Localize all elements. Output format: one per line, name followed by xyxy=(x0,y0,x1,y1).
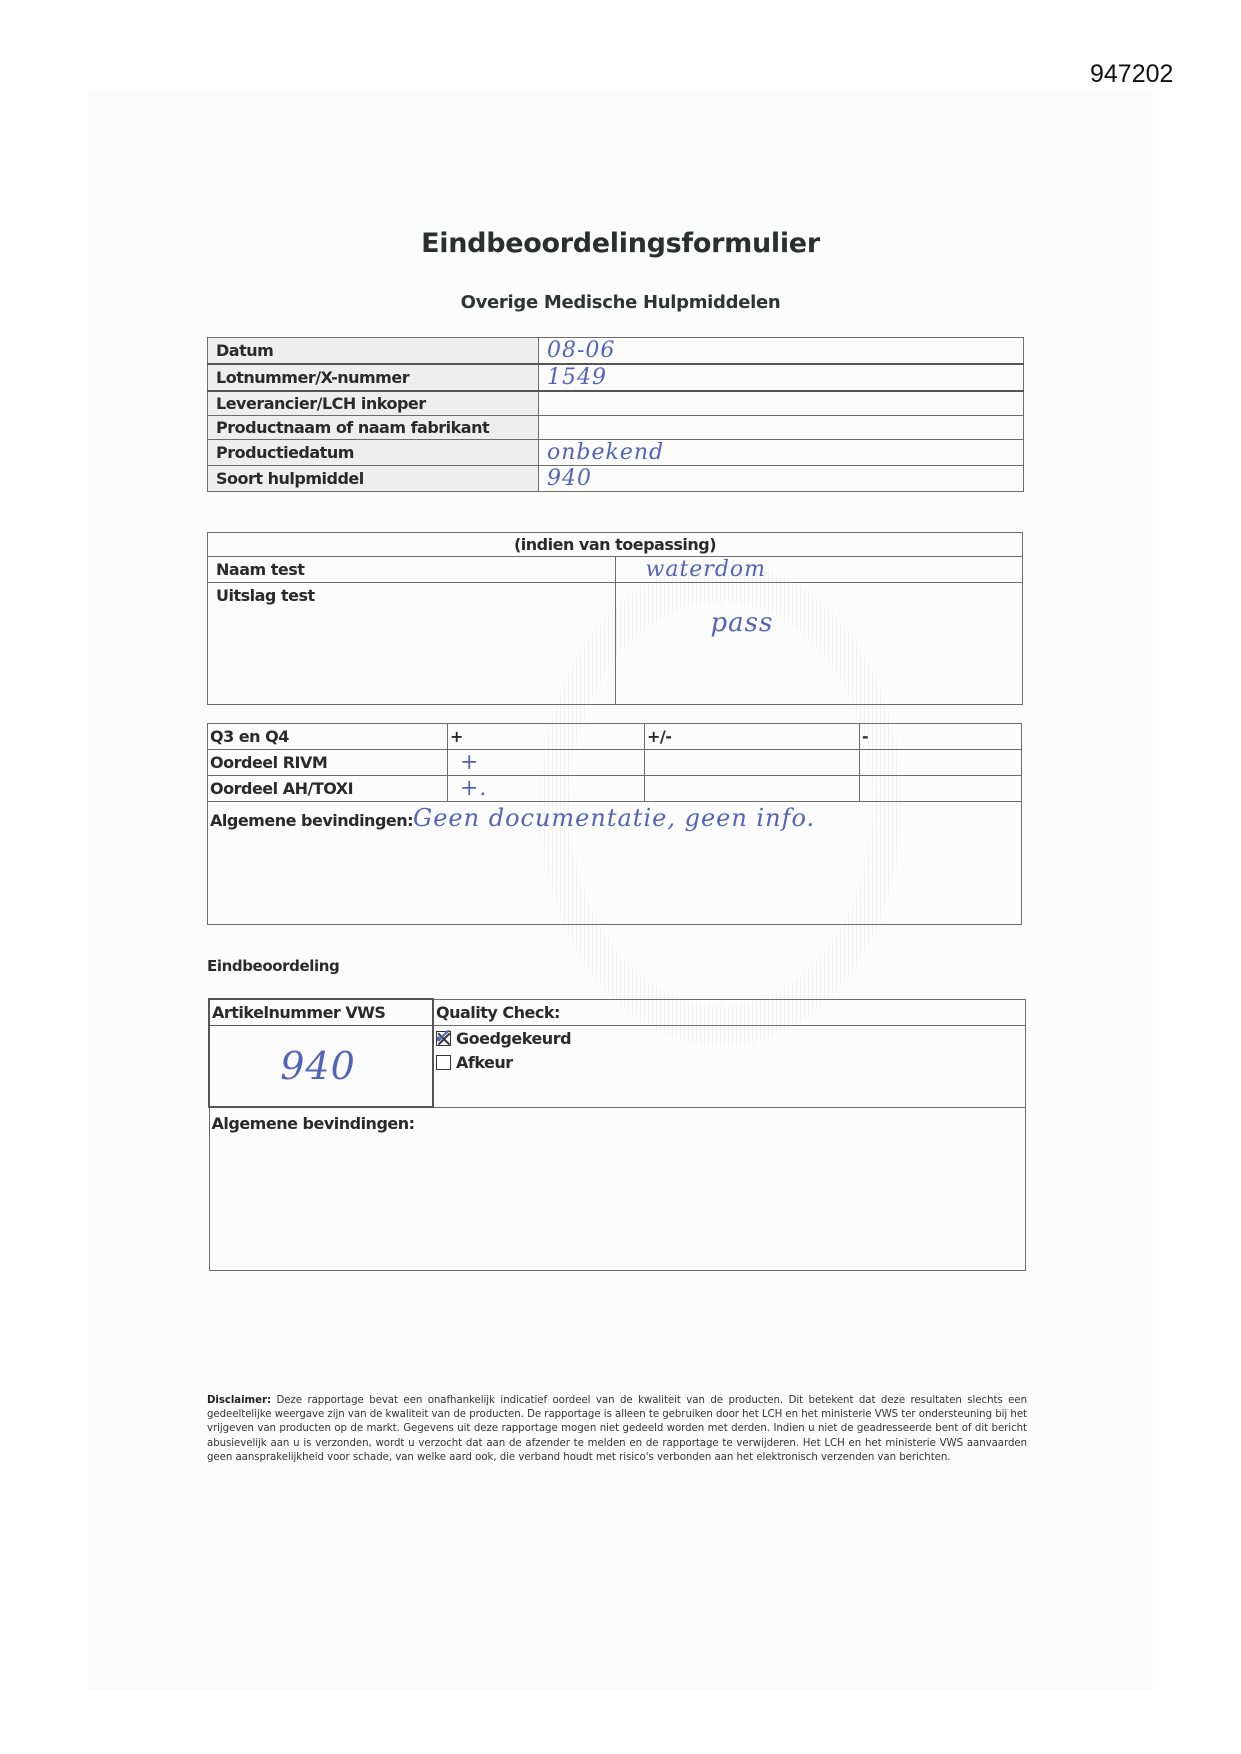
assessment-table: Q3 en Q4 + +/- - Oordeel RIVM + Oordeel … xyxy=(207,723,1022,925)
checkbox-empty-icon[interactable] xyxy=(436,1055,451,1070)
option-approved[interactable]: ✓ Goedgekeurd xyxy=(436,1026,1017,1050)
test-table-header: (indien van toepassing) xyxy=(208,533,1023,557)
field-label: Productnaam of naam fabrikant xyxy=(208,416,539,440)
table-row: Artikelnummer VWS Quality Check: xyxy=(209,999,1026,1026)
article-number-field[interactable]: 940 xyxy=(209,1026,433,1108)
field-label: Uitslag test xyxy=(208,583,616,705)
disclaimer: Disclaimer: Deze rapportage bevat een on… xyxy=(207,1394,1027,1465)
production-date-field[interactable]: onbekend xyxy=(539,440,1024,466)
device-type-field[interactable]: 940 xyxy=(539,466,1024,492)
table-row: Productnaam of naam fabrikant xyxy=(208,416,1024,440)
toxi-plus-cell[interactable]: +. xyxy=(448,776,645,802)
page-title: Eindbeoordelingsformulier xyxy=(0,228,1241,259)
findings-cell[interactable]: Algemene bevindingen:Geen documentatie, … xyxy=(208,802,1022,925)
date-field[interactable]: 08-06 xyxy=(539,338,1024,365)
rivm-plus-cell[interactable]: + xyxy=(448,750,645,776)
test-table: (indien van toepassing) Naam test waterd… xyxy=(207,532,1023,705)
supplier-field[interactable] xyxy=(539,391,1024,416)
document-id: 947202 xyxy=(1090,60,1173,89)
table-row: Productiedatum onbekend xyxy=(208,440,1024,466)
field-label: Productiedatum xyxy=(208,440,539,466)
table-row: Lotnummer/X-nummer 1549 xyxy=(208,364,1024,391)
product-name-field[interactable] xyxy=(539,416,1024,440)
page-subtitle: Overige Medische Hulpmiddelen xyxy=(0,292,1241,313)
table-row: 940 ✓ Goedgekeurd Afkeur xyxy=(209,1026,1026,1108)
column-header: - xyxy=(860,724,1022,750)
field-label: Datum xyxy=(208,338,539,365)
field-label: Naam test xyxy=(208,557,616,583)
table-row: Q3 en Q4 + +/- - xyxy=(208,724,1022,750)
field-label: Lotnummer/X-nummer xyxy=(208,364,539,391)
disclaimer-text: Deze rapportage bevat een onafhankelijk … xyxy=(207,1395,1027,1463)
field-label: Oordeel RIVM xyxy=(208,750,448,776)
table-row: (indien van toepassing) xyxy=(208,533,1023,557)
test-name-field[interactable]: waterdom xyxy=(615,557,1023,583)
table-row: Oordeel AH/TOXI +. xyxy=(208,776,1022,802)
option-rejected[interactable]: Afkeur xyxy=(436,1050,1017,1074)
findings-value: Geen documentatie, geen info. xyxy=(413,804,815,832)
table-row: Leverancier/LCH inkoper xyxy=(208,391,1024,416)
section-label-final: Eindbeoordeling xyxy=(207,957,339,975)
column-header: + xyxy=(448,724,645,750)
table-row: Algemene bevindingen:Geen documentatie, … xyxy=(208,802,1022,925)
toxi-minus-cell[interactable] xyxy=(860,776,1022,802)
table-row: Uitslag test pass xyxy=(208,583,1023,705)
table-row: Naam test waterdom xyxy=(208,557,1023,583)
rivm-plusminus-cell[interactable] xyxy=(645,750,860,776)
field-label: Oordeel AH/TOXI xyxy=(208,776,448,802)
quality-check-options: ✓ Goedgekeurd Afkeur xyxy=(433,1026,1026,1108)
lot-number-field[interactable]: 1549 xyxy=(539,364,1024,391)
field-label: Algemene bevindingen: xyxy=(210,811,413,830)
field-label: Soort hulpmiddel xyxy=(208,466,539,492)
toxi-plusminus-cell[interactable] xyxy=(645,776,860,802)
option-label: Afkeur xyxy=(456,1053,513,1072)
rivm-minus-cell[interactable] xyxy=(860,750,1022,776)
final-findings-cell[interactable]: Algemene bevindingen: xyxy=(209,1107,1026,1271)
disclaimer-label: Disclaimer: xyxy=(207,1395,271,1406)
table-row: Oordeel RIVM + xyxy=(208,750,1022,776)
option-label: Goedgekeurd xyxy=(456,1029,571,1048)
test-result-field[interactable]: pass xyxy=(615,583,1023,705)
final-assessment-table: Artikelnummer VWS Quality Check: 940 ✓ G… xyxy=(208,998,1026,1271)
table-row: Algemene bevindingen: xyxy=(209,1107,1026,1271)
field-label: Leverancier/LCH inkoper xyxy=(208,391,539,416)
table-row: Datum 08-06 xyxy=(208,338,1024,365)
checkbox-checked-icon[interactable]: ✓ xyxy=(436,1031,451,1046)
table-row: Soort hulpmiddel 940 xyxy=(208,466,1024,492)
column-header: +/- xyxy=(645,724,860,750)
field-label: Algemene bevindingen: xyxy=(212,1114,415,1133)
field-label: Quality Check: xyxy=(433,999,1026,1026)
product-info-table: Datum 08-06 Lotnummer/X-nummer 1549 Leve… xyxy=(207,337,1024,492)
field-label: Artikelnummer VWS xyxy=(209,999,433,1026)
column-header: Q3 en Q4 xyxy=(208,724,448,750)
